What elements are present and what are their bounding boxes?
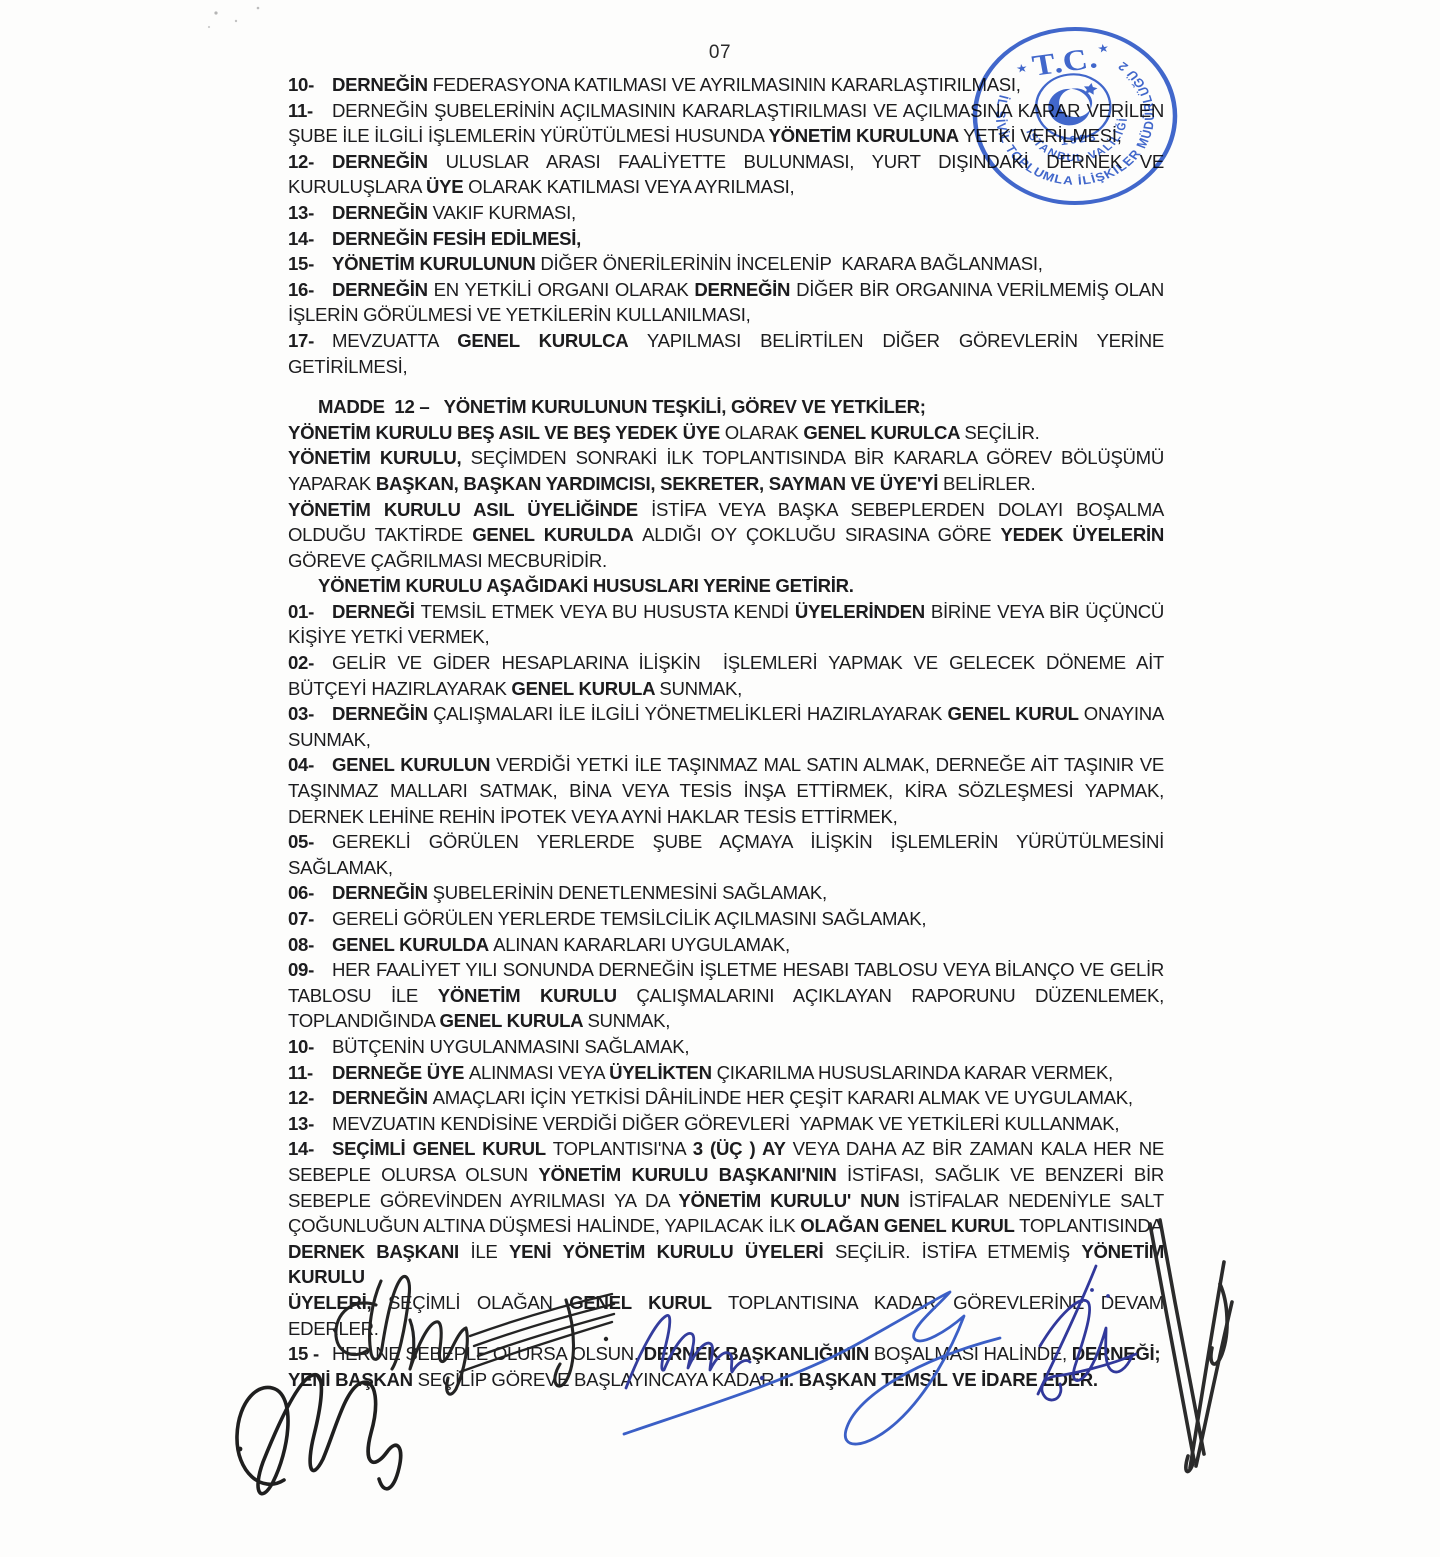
text-run: GENEL KURUL (569, 1292, 728, 1313)
text-run: YÖNETİM KURULUNA (769, 125, 964, 146)
item-number: 06- (288, 880, 332, 906)
text-run: GENEL KURULDA (472, 524, 642, 545)
item-number: 15- (288, 251, 332, 277)
paragraph: 14-DERNEĞİN FESİH EDİLMESİ, (288, 226, 1164, 252)
item-number: 14- (288, 226, 332, 252)
text-run: YETKİ VERİLMESİ, (963, 125, 1121, 146)
text-run: TOPLANTISINDA (1019, 1215, 1163, 1236)
paragraph: ÜYELERİ, SEÇİMLİ OLAĞAN GENEL KURUL TOPL… (288, 1290, 1164, 1341)
item-number: 14- (288, 1136, 332, 1162)
text-run: OLAĞAN GENEL KURUL (800, 1215, 1019, 1236)
text-run: TEMSİL ETMEK VEYA BU HUSUSTA KENDİ (421, 601, 795, 622)
item-number: 13- (288, 200, 332, 226)
paragraph: 16-DERNEĞİN EN YETKİLİ ORGANI OLARAK DER… (288, 277, 1164, 328)
paragraph: 05-GEREKLİ GÖRÜLEN YERLERDE ŞUBE AÇMAYA … (288, 829, 1164, 880)
item-number: 03- (288, 701, 332, 727)
text-run: DERNEĞİN (694, 279, 796, 300)
paragraph: 01-DERNEĞİ TEMSİL ETMEK VEYA BU HUSUSTA … (288, 599, 1164, 650)
text-run: YÖNETİM KURULU ASIL ÜYELİĞİNDE (288, 499, 651, 520)
text-run: YEDEK ÜYELERİN (1001, 524, 1164, 545)
item-number: 10- (288, 72, 332, 98)
text-run: EN YETKİLİ ORGANI OLARAK (434, 279, 695, 300)
text-run: FEDERASYONA KATILMASI VE AYRILMASININ KA… (433, 74, 1021, 95)
item-number: 15 - (288, 1341, 332, 1367)
text-run: DERNEK BAŞKANI (288, 1241, 470, 1262)
text-run: YÖNETİM KURULU BAŞKANI'NIN (538, 1164, 847, 1185)
paragraph: YÖNETİM KURULU, SEÇİMDEN SONRAKİ İLK TOP… (288, 445, 1164, 496)
text-run: ÜYELERİ, (288, 1292, 388, 1313)
text-run: DERNEĞİN (332, 1087, 433, 1108)
item-number: 11- (288, 1060, 332, 1086)
item-number: 10- (288, 1034, 332, 1060)
text-run: BAŞKAN, BAŞKAN YARDIMCISI, SEKRETER, SAY… (376, 473, 943, 494)
text-run: İLE (470, 1241, 509, 1262)
item-number: 16- (288, 277, 332, 303)
text-run: GENEL KURULCA (457, 330, 647, 351)
paragraph: 13-DERNEĞİN VAKIF KURMASI, (288, 200, 1164, 226)
text-run: VAKIF KURMASI, (433, 202, 576, 223)
text-run: GEREKLİ GÖRÜLEN YERLERDE ŞUBE AÇMAYA İLİ… (288, 831, 1164, 878)
text-run: GENEL KURULCA (803, 422, 964, 443)
text-run: YÖNETİM KURULU BEŞ ASIL VE BEŞ YEDEK ÜYE (288, 422, 725, 443)
text-run: GERELİ GÖRÜLEN YERLERDE TEMSİLCİLİK AÇIL… (332, 908, 926, 929)
text-run: BELİRLER. (943, 473, 1035, 494)
text-run: SUNMAK, (659, 678, 742, 699)
document-page: 07 10-DERNEĞİN FEDERASYONA KATILMASI VE … (0, 0, 1440, 1557)
paragraph: YENİ BAŞKAN SEÇİLİP GÖREVE BAŞLAYINCAYA … (288, 1367, 1164, 1393)
text-run: SEÇİLİP GÖREVE BAŞLAYINCAYA KADAR (418, 1369, 779, 1390)
paragraph: 17-MEVZUATTA GENEL KURULCA YAPILMASI BEL… (288, 328, 1164, 379)
text-run: YÖNETİM KURULU' NUN (678, 1190, 908, 1211)
item-number: 01- (288, 599, 332, 625)
paragraph: YÖNETİM KURULU ASIL ÜYELİĞİNDE İSTİFA VE… (288, 497, 1164, 574)
text-run: DERNEĞİN (332, 74, 433, 95)
paragraph: 06-DERNEĞİN ŞUBELERİNİN DENETLENMESİNİ S… (288, 880, 1164, 906)
item-number: 12- (288, 149, 332, 175)
item-number: 02- (288, 650, 332, 676)
paragraph: 11-DERNEĞİN ŞUBELERİNİN AÇILMASININ KARA… (288, 98, 1164, 149)
text-run: YENİ YÖNETİM KURULU ÜYELERİ (509, 1241, 835, 1262)
item-number: 08- (288, 932, 332, 958)
text-run: BOŞALMASI HALİNDE, (874, 1343, 1072, 1364)
text-run: YÖNETİM KURULU (438, 985, 637, 1006)
paragraph: 08-GENEL KURULDA ALINAN KARARLARI UYGULA… (288, 932, 1164, 958)
text-run: YÖNETİM KURULU, (288, 447, 471, 468)
paragraph: 11-DERNEĞE ÜYE ALINMASI VEYA ÜYELİKTEN Ç… (288, 1060, 1164, 1086)
text-run: YÖNETİM KURULU AŞAĞIDAKİ HUSUSLARI YERİN… (318, 575, 854, 596)
text-run: ÜYELİKTEN (609, 1062, 717, 1083)
paragraph: DERNEK BAŞKANI İLE YENİ YÖNETİM KURULU Ü… (288, 1239, 1164, 1290)
paragraph: 10-BÜTÇENİN UYGULANMASINI SAĞLAMAK, (288, 1034, 1164, 1060)
text-run: DERNEĞİN (332, 703, 433, 724)
text-run: SEÇİLİR. İSTİFA ETMEMİŞ (835, 1241, 1081, 1262)
text-run: DERNEĞİN (332, 202, 433, 223)
paragraph: 02-GELİR VE GİDER HESAPLARINA İLİŞKİN İŞ… (288, 650, 1164, 701)
text-run: BÜTÇENİN UYGULANMASINI SAĞLAMAK, (332, 1036, 689, 1057)
text-run: AMAÇLARI İÇİN YETKİSİ DÂHİLİNDE HER ÇEŞİ… (433, 1087, 1133, 1108)
text-run: SUNMAK, (587, 1010, 670, 1031)
text-run: OLARAK (725, 422, 804, 443)
text-run: MEVZUATIN KENDİSİNE VERDİĞİ DİĞER GÖREVL… (332, 1113, 1119, 1134)
paragraph: YÖNETİM KURULU AŞAĞIDAKİ HUSUSLARI YERİN… (288, 573, 1164, 599)
text-run: ALINAN KARARLARI UYGULAMAK, (493, 934, 790, 955)
text-run: ALDIĞI OY ÇOKLUĞU SIRASINA GÖRE (642, 524, 1000, 545)
paragraph: MADDE 12 – YÖNETİM KURULUNUN TEŞKİLİ, GÖ… (288, 394, 1164, 420)
text-run: MEVZUATTA (332, 330, 457, 351)
item-number: 17- (288, 328, 332, 354)
paragraph: 15 -HER NE SEBEPLE OLURSA OLSUN, DERNEK … (288, 1341, 1164, 1367)
item-number: 07- (288, 906, 332, 932)
text-run: YENİ BAŞKAN (288, 1369, 418, 1390)
text-run: II. BAŞKAN TEMSİL VE İDARE EDER. (779, 1369, 1098, 1390)
text-run: DERNEĞİN (332, 882, 433, 903)
item-number: 13- (288, 1111, 332, 1137)
text-run: GENEL KURULUN (332, 754, 496, 775)
item-number: 04- (288, 752, 332, 778)
page-number: 07 (0, 42, 1440, 64)
text-run: HER NE SEBEPLE OLURSA OLSUN, (332, 1343, 644, 1364)
paragraph: 13-MEVZUATIN KENDİSİNE VERDİĞİ DİĞER GÖR… (288, 1111, 1164, 1137)
document-body: 10-DERNEĞİN FEDERASYONA KATILMASI VE AYR… (288, 72, 1164, 1392)
text-run: SEÇİLİR. (964, 422, 1039, 443)
text-run: TOPLANTISI'NA (553, 1138, 693, 1159)
text-run: GÖREVE ÇAĞRILMASI MECBURİDİR. (288, 550, 607, 571)
text-run: ÜYELERİNDEN (795, 601, 931, 622)
text-run: SEÇİMLİ GENEL KURUL (332, 1138, 553, 1159)
text-run: SEÇİMLİ OLAĞAN (388, 1292, 569, 1313)
text-run: DERNEĞİN (332, 279, 434, 300)
item-number: 11- (288, 98, 332, 124)
paragraph: 04-GENEL KURULUN VERDİĞİ YETKİ İLE TAŞIN… (288, 752, 1164, 829)
text-run: ALINMASI VEYA (469, 1062, 609, 1083)
paragraph: 14-SEÇİMLİ GENEL KURUL TOPLANTISI'NA 3 (… (288, 1136, 1164, 1238)
text-run: DERNEĞİ; (1072, 1343, 1161, 1364)
text-run: GENEL KURULA (439, 1010, 587, 1031)
text-run: DİĞER ÖNERİLERİNİN İNCELENİP KARARA BAĞL… (540, 253, 1042, 274)
text-run: YÖNETİM KURULUNUN (332, 253, 540, 274)
text-run: 3 (ÜÇ ) AY (693, 1138, 793, 1159)
paragraph: 09-HER FAALİYET YILI SONUNDA DERNEĞİN İŞ… (288, 957, 1164, 1034)
paragraph: 03-DERNEĞİN ÇALIŞMALARI İLE İLGİLİ YÖNET… (288, 701, 1164, 752)
text-run: DERNEĞİN FESİH EDİLMESİ, (332, 228, 581, 249)
text-run: GENEL KURULDA (332, 934, 493, 955)
text-run: ÜYE (426, 176, 468, 197)
text-run: OLARAK KATILMASI VEYA AYRILMASI, (468, 176, 794, 197)
text-run: GENEL KURULA (511, 678, 659, 699)
item-number: 05- (288, 829, 332, 855)
paragraph: YÖNETİM KURULU BEŞ ASIL VE BEŞ YEDEK ÜYE… (288, 420, 1164, 446)
text-run: ŞUBELERİNİN DENETLENMESİNİ SAĞLAMAK, (433, 882, 827, 903)
paragraph: 12-DERNEĞİN ULUSLAR ARASI FAALİYETTE BUL… (288, 149, 1164, 200)
text-run: DERNEĞE ÜYE (332, 1062, 469, 1083)
signature-1 (237, 1375, 401, 1494)
text-run: ÇALIŞMALARI İLE İLGİLİ YÖNETMELİKLERİ HA… (433, 703, 947, 724)
item-number: 09- (288, 957, 332, 983)
text-run: GENEL KURUL (948, 703, 1084, 724)
paragraph: 12-DERNEĞİN AMAÇLARI İÇİN YETKİSİ DÂHİLİ… (288, 1085, 1164, 1111)
text-run: DERNEĞİ (332, 601, 421, 622)
item-number: 12- (288, 1085, 332, 1111)
text-run: DERNEĞİN (332, 151, 446, 172)
text-run: ÇIKARILMA HUSUSLARINDA KARAR VERMEK, (717, 1062, 1113, 1083)
paragraph: 15-YÖNETİM KURULUNUN DİĞER ÖNERİLERİNİN … (288, 251, 1164, 277)
paragraph: 10-DERNEĞİN FEDERASYONA KATILMASI VE AYR… (288, 72, 1164, 98)
paragraph: 07-GERELİ GÖRÜLEN YERLERDE TEMSİLCİLİK A… (288, 906, 1164, 932)
text-run: MADDE 12 – YÖNETİM KURULUNUN TEŞKİLİ, GÖ… (318, 396, 926, 417)
text-run: DERNEK BAŞKANLIĞININ (644, 1343, 874, 1364)
